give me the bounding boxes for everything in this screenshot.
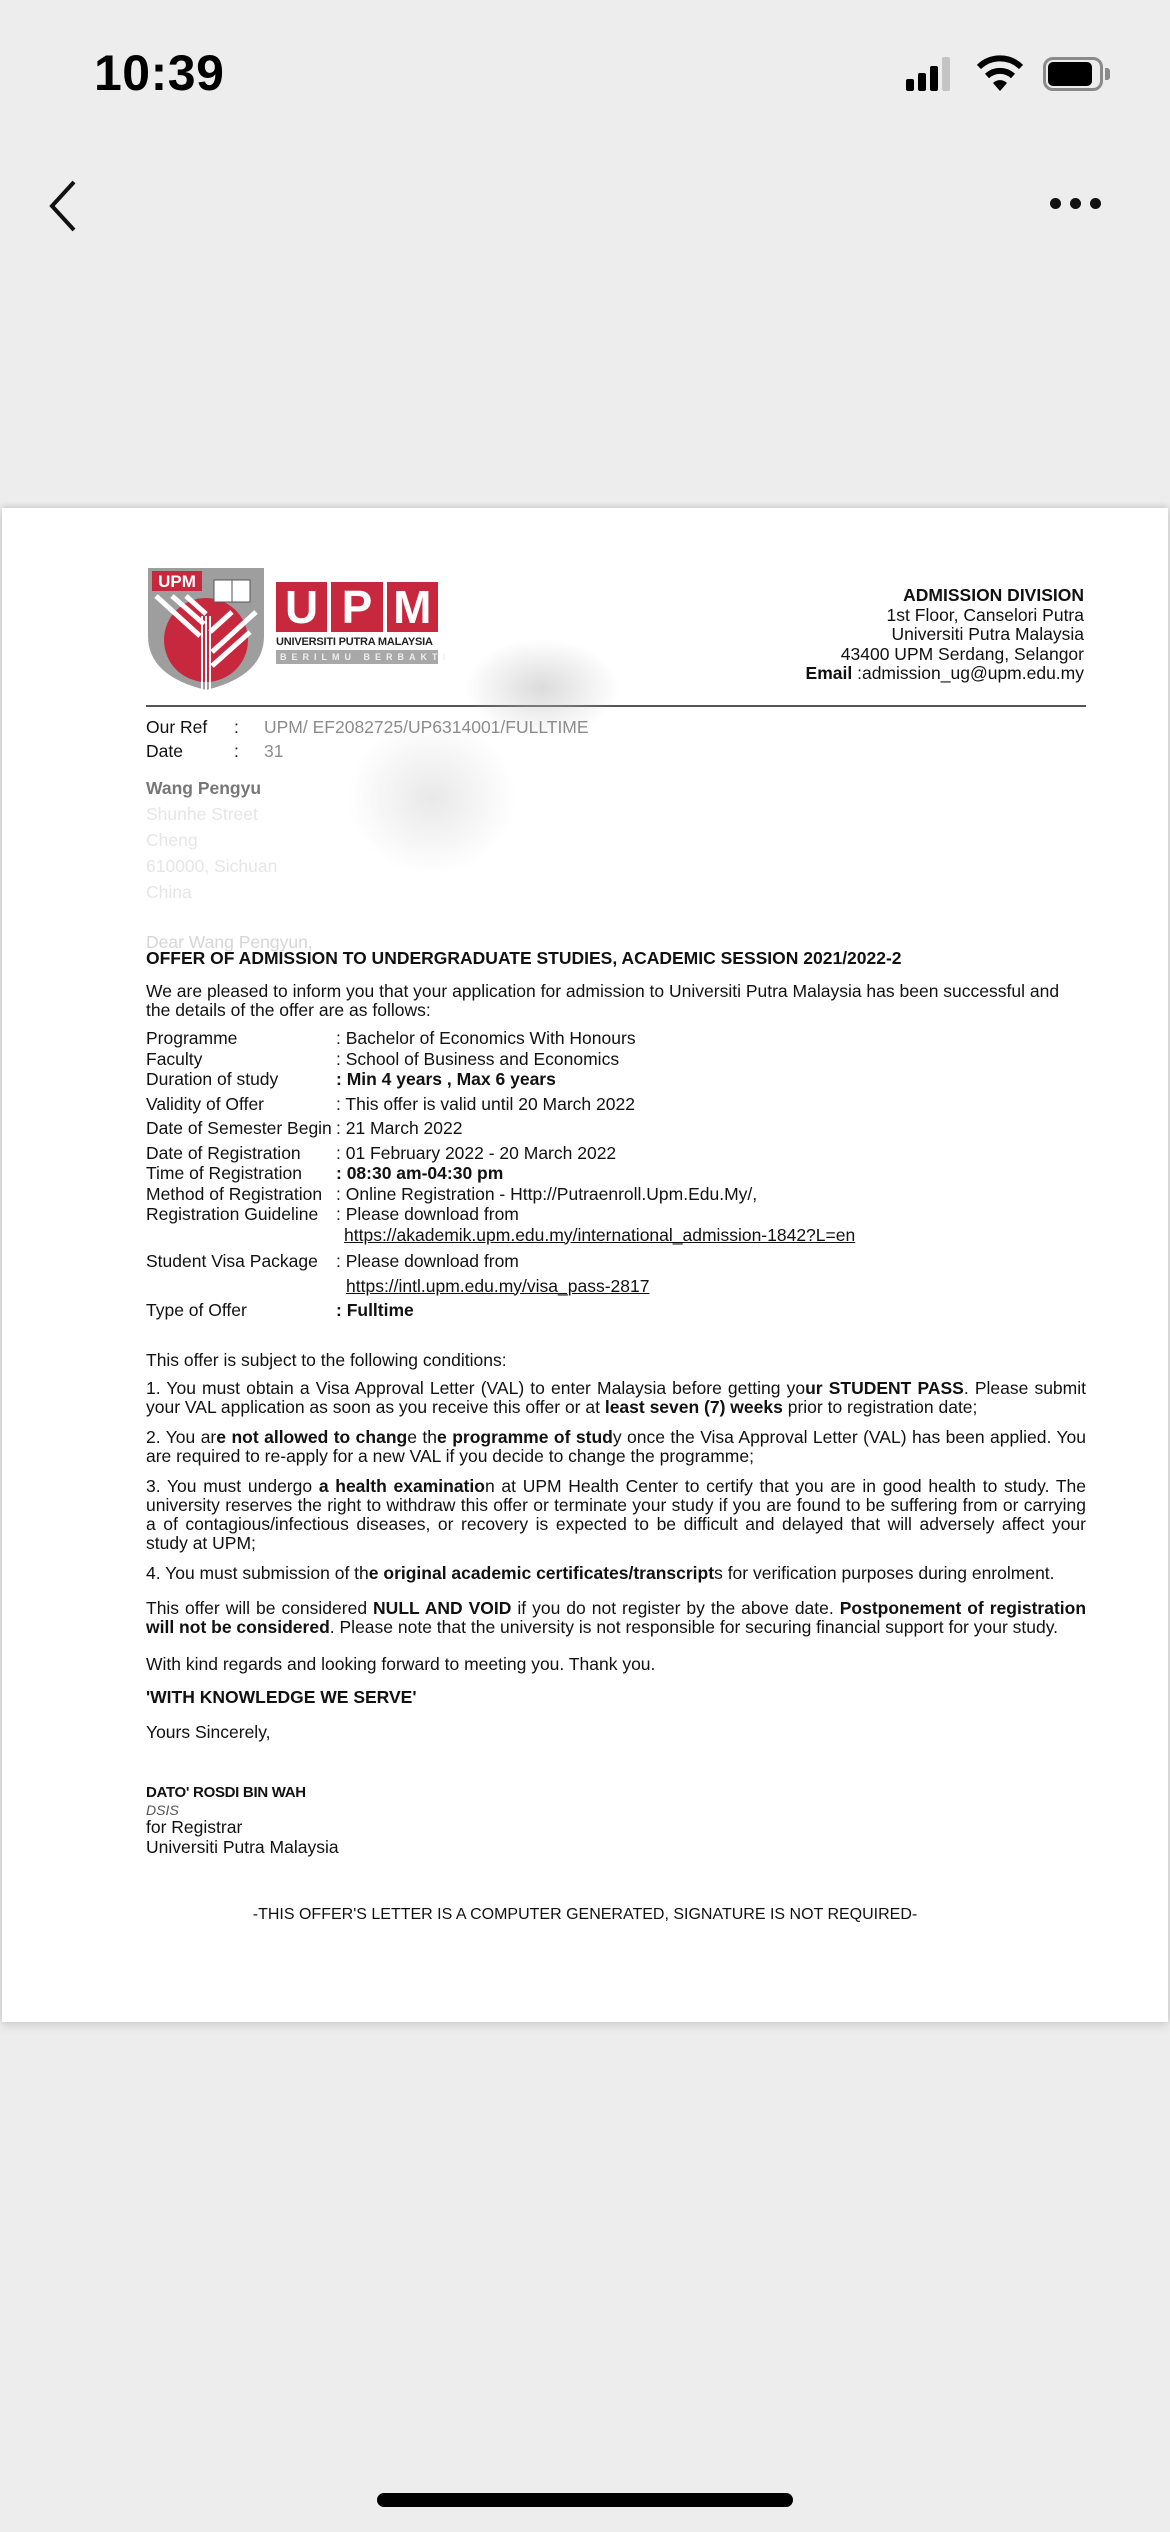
chevron-left-icon: [44, 176, 84, 236]
condition-1: 1. You must obtain a Visa Approval Lette…: [146, 1379, 1086, 1417]
detail-label: Duration of study: [146, 1069, 336, 1090]
conditions-intro: This offer is subject to the following c…: [146, 1351, 1086, 1370]
detail-row: Duration of study: Min 4 years , Max 6 y…: [146, 1069, 1086, 1090]
detail-value: : 21 March 2022: [336, 1118, 1086, 1139]
condition-3: 3. You must undergo a health examination…: [146, 1477, 1086, 1553]
address-line: 43400 UPM Serdang, Selangor: [806, 645, 1084, 665]
recipient-address-line: Shunhe Street: [146, 801, 313, 827]
detail-row: Method of Registration: Online Registrat…: [146, 1184, 1086, 1205]
registration-guideline-link[interactable]: https://akademik.upm.edu.my/internationa…: [336, 1225, 1086, 1246]
division-title: ADMISSION DIVISION: [806, 586, 1084, 606]
null-void-paragraph: This offer will be considered NULL AND V…: [146, 1599, 1086, 1637]
detail-label: Faculty: [146, 1049, 336, 1070]
detail-row: Type of Offer: Fulltime: [146, 1300, 1086, 1321]
signature-block: DATO' ROSDI BIN WAH DSIS for Registrar U…: [146, 1783, 339, 1857]
more-dot: [1090, 198, 1101, 209]
ref-label: Our Ref: [146, 715, 234, 739]
detail-value: : Fulltime: [336, 1300, 1086, 1321]
offer-details: Programme: Bachelor of Economics With Ho…: [146, 1028, 1086, 1321]
upm-shield-icon: UPM: [146, 566, 266, 692]
motto-line: 'WITH KNOWLEDGE WE SERVE': [146, 1688, 1086, 1707]
detail-value: : Please download from: [336, 1204, 1086, 1225]
computer-generated-note: -THIS OFFER'S LETTER IS A COMPUTER GENER…: [2, 1906, 1168, 1924]
conditions-block: This offer is subject to the following c…: [146, 1351, 1086, 1753]
home-indicator[interactable]: [377, 2493, 793, 2507]
reference-block: Our Ref : UPM/ EF2082725/UP6314001/FULLT…: [146, 715, 589, 763]
university-name: UNIVERSITI PUTRA MALAYSIA: [276, 636, 438, 648]
wordmark-letter: P: [331, 582, 382, 632]
condition-4: 4. You must submission of the original a…: [146, 1564, 1086, 1583]
detail-label: Student Visa Package: [146, 1251, 336, 1272]
detail-row: Date of Registration: 01 February 2022 -…: [146, 1143, 1086, 1164]
document-page: UPM U P M UNIVERSITI PU: [2, 508, 1168, 2022]
sender-address: ADMISSION DIVISION 1st Floor, Canselori …: [806, 586, 1084, 684]
recipient-block: Wang Pengyu Shunhe Street Cheng 610000, …: [146, 775, 313, 955]
address-line: 1st Floor, Canselori Putra: [806, 606, 1084, 626]
back-button[interactable]: [44, 176, 84, 236]
condition-2: 2. You are not allowed to change the pro…: [146, 1428, 1086, 1466]
detail-value: : School of Business and Economics: [336, 1049, 1086, 1070]
sign-off: Yours Sincerely,: [146, 1723, 1086, 1742]
detail-row: Student Visa Package: Please download fr…: [146, 1251, 1086, 1272]
signer-for: for Registrar: [146, 1817, 339, 1837]
detail-row: Validity of Offer: This offer is valid u…: [146, 1094, 1086, 1115]
email-label: Email: [806, 663, 853, 683]
detail-row: https://akademik.upm.edu.my/internationa…: [146, 1225, 1086, 1246]
detail-row: Time of Registration: 08:30 am-04:30 pm: [146, 1163, 1086, 1184]
upm-wordmark: U P M UNIVERSITI PUTRA MALAYSIA BERILMU …: [276, 582, 438, 664]
signer-org: Universiti Putra Malaysia: [146, 1837, 339, 1857]
offer-heading: OFFER OF ADMISSION TO UNDERGRADUATE STUD…: [146, 948, 902, 969]
detail-value: : 01 February 2022 - 20 March 2022: [336, 1143, 1086, 1164]
header-divider: [146, 705, 1086, 707]
battery-icon: [1043, 57, 1109, 91]
status-time: 10:39: [94, 44, 224, 102]
date-label: Date: [146, 739, 234, 763]
more-horizontal-icon: [1050, 198, 1061, 209]
recipient-address-line: China: [146, 879, 313, 905]
wordmark-letter: M: [387, 582, 438, 632]
detail-label: Date of Registration: [146, 1143, 336, 1164]
wifi-icon: [975, 55, 1025, 93]
more-dot: [1070, 198, 1081, 209]
cellular-signal-icon: [906, 57, 958, 91]
detail-label: Registration Guideline: [146, 1204, 336, 1225]
detail-row: Programme: Bachelor of Economics With Ho…: [146, 1028, 1086, 1049]
signer-title: DSIS: [146, 1803, 339, 1817]
detail-row: Registration Guideline: Please download …: [146, 1204, 1086, 1225]
status-bar: 10:39: [0, 0, 1170, 140]
address-line: Universiti Putra Malaysia: [806, 625, 1084, 645]
detail-value: : This offer is valid until 20 March 202…: [336, 1094, 1086, 1115]
detail-row: Faculty: School of Business and Economic…: [146, 1049, 1086, 1070]
colon: :: [234, 739, 264, 763]
detail-value: : Bachelor of Economics With Honours: [336, 1028, 1086, 1049]
wordmark-letter: U: [276, 582, 327, 632]
detail-label: Time of Registration: [146, 1163, 336, 1184]
email-value: :admission_ug@upm.edu.my: [852, 663, 1084, 683]
detail-value: : Online Registration - Http://Putraenro…: [336, 1184, 1086, 1205]
date-value: 31: [264, 739, 283, 763]
regards: With kind regards and looking forward to…: [146, 1655, 1086, 1674]
ref-value: UPM/ EF2082725/UP6314001/FULLTIME: [264, 715, 589, 739]
recipient-address-line: Cheng: [146, 827, 313, 853]
university-motto: BERILMU BERBAKTI: [276, 650, 438, 664]
detail-value: : 08:30 am-04:30 pm: [336, 1163, 1086, 1184]
footer-note-text: -THIS OFFER'S LETTER IS A COMPUTER GENER…: [253, 1906, 917, 1924]
detail-label: Validity of Offer: [146, 1094, 336, 1115]
signer-name: DATO' ROSDI BIN WAH: [146, 1783, 339, 1803]
offer-intro: We are pleased to inform you that your a…: [146, 982, 1086, 1020]
detail-value: : Please download from: [336, 1251, 1086, 1272]
detail-value: : Min 4 years , Max 6 years: [336, 1069, 1086, 1090]
detail-label: Programme: [146, 1028, 336, 1049]
more-options-button[interactable]: [1050, 196, 1120, 214]
detail-row: Date of Semester Begin: 21 March 2022: [146, 1118, 1086, 1139]
detail-label: Method of Registration: [146, 1184, 336, 1205]
colon: :: [234, 715, 264, 739]
recipient-address-line: 610000, Sichuan: [146, 853, 313, 879]
email-line: Email :admission_ug@upm.edu.my: [806, 664, 1084, 684]
recipient-name: Wang Pengyu: [146, 775, 313, 801]
upm-logo: UPM U P M UNIVERSITI PU: [146, 566, 436, 692]
detail-row: https://intl.upm.edu.my/visa_pass-2817: [146, 1276, 1086, 1297]
visa-package-link[interactable]: https://intl.upm.edu.my/visa_pass-2817: [336, 1276, 1086, 1297]
detail-label: Type of Offer: [146, 1300, 336, 1321]
svg-text:UPM: UPM: [158, 572, 196, 591]
detail-label: Date of Semester Begin: [146, 1118, 336, 1139]
